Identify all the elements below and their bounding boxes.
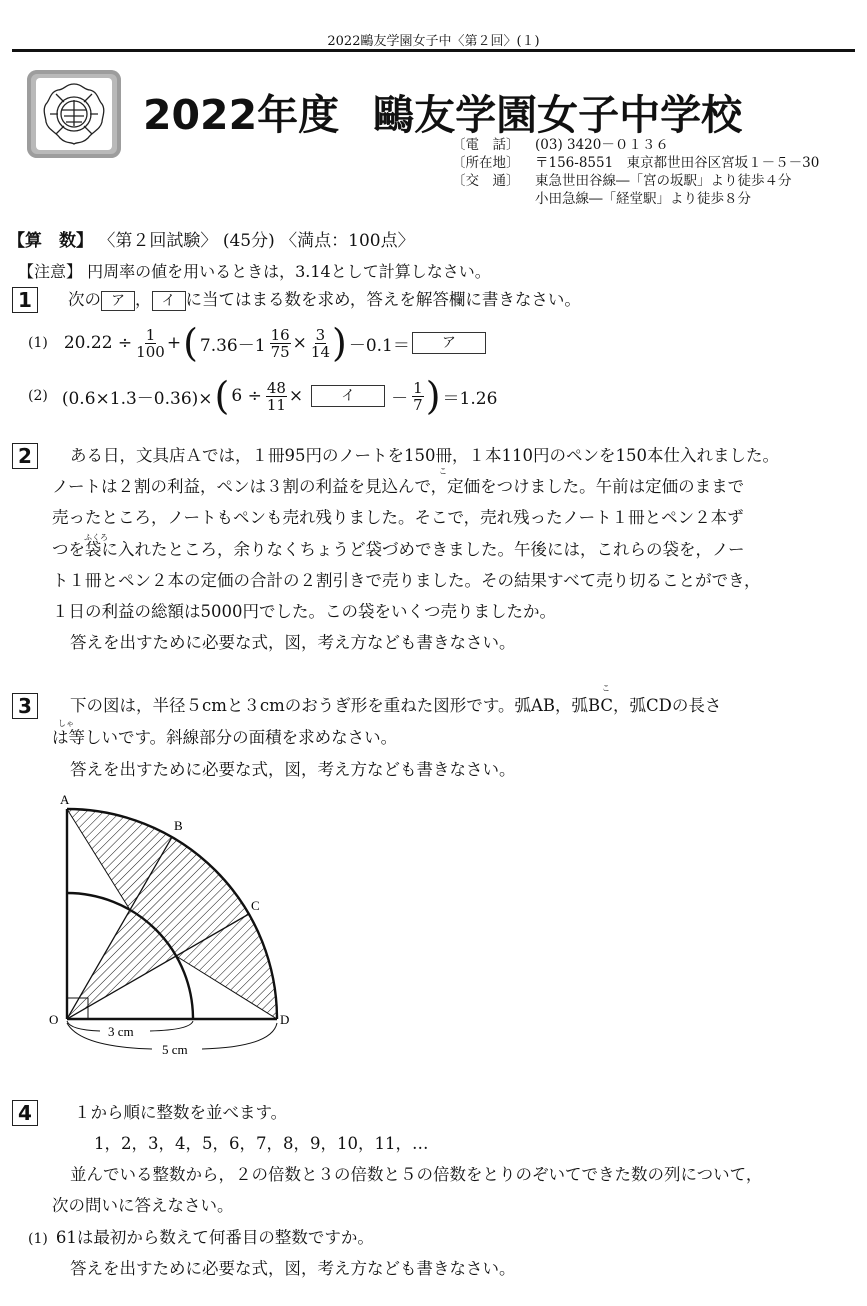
label-D: D xyxy=(280,1012,289,1027)
q4-sub1-label: (1) xyxy=(28,1231,48,1247)
fraction: 1675 xyxy=(270,327,291,360)
q1-sub2-equation: (2) (0.6×1.3－0.36)× ( 6 ÷ 4811 × イ － 17 … xyxy=(28,374,499,418)
running-head: 2022鷗友学園女子中〈第２回〉(１) xyxy=(0,30,867,49)
q4-sub1-text: 61は最初から数えて何番目の整数ですか。 xyxy=(56,1228,374,1247)
fraction: 4811 xyxy=(266,380,287,413)
question-number-4: 4 xyxy=(12,1100,38,1126)
label-C: C xyxy=(251,898,260,913)
exam-heading: 【算 数】 〈第２回試験〉 (45分) 〈満点：100点〉 xyxy=(8,226,415,251)
q2-line-5: ト１冊とペン２本の定価の合計の２割引きで売りました。その結果すべて売り切ることが… xyxy=(52,571,761,591)
question-number-2: 2 xyxy=(12,443,38,469)
q2-line-1: ある日，文具店Ａでは，１冊95円のノートを150冊，１本110円のペンを150本… xyxy=(70,446,779,466)
label-A: A xyxy=(60,792,70,807)
blank-a: ア xyxy=(101,291,135,311)
page-title: 2022年度鷗友学園女子中学校 xyxy=(143,82,742,141)
dimension-3cm-right xyxy=(150,1021,193,1031)
exam-full-score: 〈満点：100点〉 xyxy=(280,231,414,251)
label-3cm: 3 cm xyxy=(108,1024,134,1039)
hatched-region xyxy=(67,809,277,1019)
title-school: 鷗友学園女子中学校 xyxy=(373,91,742,139)
q2-line-4: つを袋に入れたところ，余りなくちょうど袋づめできました。午後には，これらの袋を，… xyxy=(52,540,745,560)
q2-line-2: ノートは２割の利益，ペンは３割の利益を見込んで，定価をつけました。午前は定価のま… xyxy=(52,477,744,497)
info-phone: 〔電 話〕(03) 3420－０１３６ xyxy=(452,136,669,154)
q3-line-2: は等しいです。斜線部分の面積を求めなさい。 xyxy=(52,728,397,748)
q4-sequence: 1，2，3，4，5，6，7，8，9，10，11，… xyxy=(94,1134,428,1154)
header-rule xyxy=(12,49,855,52)
school-crest-logo xyxy=(27,70,121,158)
label-O: O xyxy=(49,1012,58,1027)
fraction: 1100 xyxy=(136,327,165,360)
exam-note: 【注意】 円周率の値を用いるときは，3.14として計算しなさい。 xyxy=(18,259,491,282)
q4-instruction: 答えを出すために必要な式，図，考え方なども書きなさい。 xyxy=(70,1259,516,1279)
note-text: 円周率の値を用いるときは，3.14として計算しなさい。 xyxy=(87,262,491,281)
title-year: 2022年度 xyxy=(143,91,339,139)
dimension-5cm-right xyxy=(202,1023,277,1049)
label-B: B xyxy=(174,818,183,833)
quarter-circle-figure: A B C O D 3 cm 5 cm xyxy=(40,790,300,1060)
label-5cm: 5 cm xyxy=(162,1042,188,1057)
q2-line-6: １日の利益の総額は5000円でした。この袋をいくつ売りましたか。 xyxy=(52,602,556,622)
info-access-2: 小田急線―「経堂駅」より徒歩８分 xyxy=(452,190,751,208)
note-label: 【注意】 xyxy=(18,262,82,281)
ruby-komi: こ xyxy=(439,466,447,477)
exam-round: 〈第２回試験〉 xyxy=(98,231,217,251)
question-number-1: 1 xyxy=(12,287,38,313)
q4-line-1: 並んでいる整数から，２の倍数と３の倍数と５の倍数をとりのぞいてできた数の列につい… xyxy=(70,1165,762,1185)
q3-instruction: 答えを出すために必要な式，図，考え方なども書きなさい。 xyxy=(70,760,516,780)
q1-prompt: 次のア，イに当てはまる数を求め，答えを解答欄に書きなさい。 xyxy=(68,290,581,311)
fraction: 17 xyxy=(412,380,424,413)
blank-i: イ xyxy=(152,291,186,311)
q4-sub1: (1)61は最初から数えて何番目の整数ですか。 xyxy=(28,1228,374,1249)
q4-intro: １から順に整数を並べます。 xyxy=(74,1103,287,1123)
fraction: 314 xyxy=(311,327,330,360)
crest-emblem-icon xyxy=(36,78,112,150)
info-address: 〔所在地〕〒156-8551 東京都世田谷区宮坂１－５－30 xyxy=(452,154,819,172)
question-number-3: 3 xyxy=(12,693,38,719)
q4-line-2: 次の問いに答えなさい。 xyxy=(52,1196,234,1216)
ruby-ko: こ xyxy=(602,683,610,694)
info-access-1: 〔交 通〕東急世田谷線―「宮の坂駅」より徒歩４分 xyxy=(452,172,792,190)
answer-blank-i: イ xyxy=(311,385,385,407)
q1-sub1-equation: (1) 20.22 ÷ 1100 + ( 7.36－1 1675 × 314 )… xyxy=(28,323,488,363)
exam-duration: (45分) xyxy=(223,231,275,251)
subject-label: 【算 数】 xyxy=(8,231,93,251)
q3-line-1: 下の図は，半径５cmと３cmのおうぎ形を重ねた図形です。弧AB，弧BC，弧CDの… xyxy=(70,696,721,716)
q2-line-3: 売ったところ，ノートもペンも売れ残りました。そこで，売れ残ったノート１冊とペン２… xyxy=(52,508,744,528)
answer-blank-a: ア xyxy=(412,332,486,354)
q2-instruction: 答えを出すために必要な式，図，考え方なども書きなさい。 xyxy=(70,633,516,653)
